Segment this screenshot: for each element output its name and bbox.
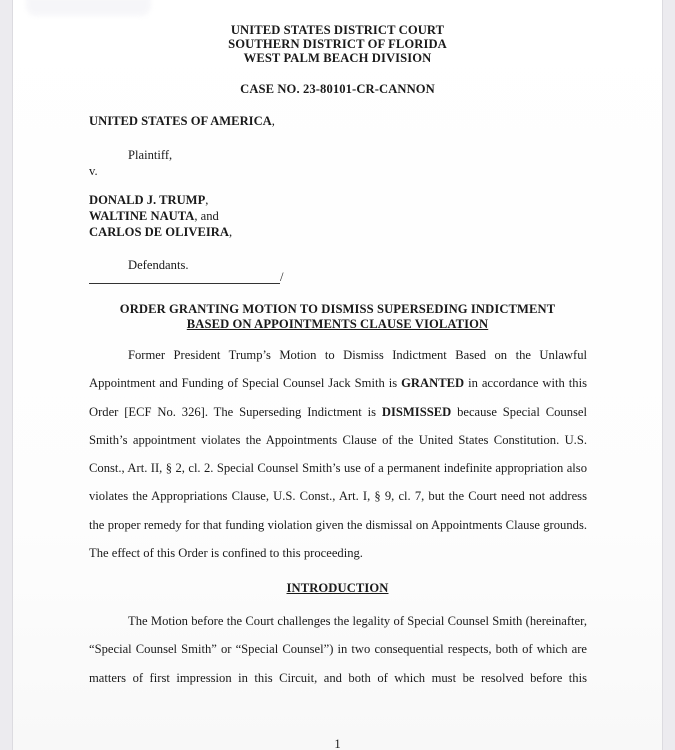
defendant-2: WALTINE NAUTA, and — [89, 209, 219, 223]
signature-line — [89, 283, 280, 284]
dismissed-emphasis: DISMISSED — [382, 405, 451, 419]
order-title: ORDER GRANTING MOTION TO DISMISS SUPERSE… — [0, 302, 675, 316]
court-name: UNITED STATES DISTRICT COURT — [0, 23, 675, 37]
introduction-paragraph: The Motion before the Court challenges t… — [89, 607, 587, 692]
paragraph-line: Const., Art. II, § 2, cl. 2. Special Cou… — [89, 454, 587, 482]
plaintiff-name: UNITED STATES OF AMERICA, — [89, 114, 275, 128]
paragraph-line: Smith’s appointment violates the Appoint… — [89, 426, 587, 454]
paragraph-line: The effect of this Order is confined to … — [89, 539, 587, 567]
paragraph-line: violates the Appropriations Clause, U.S.… — [89, 482, 587, 510]
defendant-1: DONALD J. TRUMP, — [89, 193, 208, 207]
section-heading-introduction: INTRODUCTION — [0, 581, 675, 595]
versus-label: v. — [89, 164, 98, 178]
plaintiff-label: Plaintiff, — [128, 148, 172, 162]
paragraph-line: Former President Trump’s Motion to Dismi… — [89, 341, 587, 369]
order-paragraph: Former President Trump’s Motion to Dismi… — [89, 341, 587, 567]
page-number: 1 — [0, 737, 675, 750]
paragraph-line: the proper remedy for that funding viola… — [89, 511, 587, 539]
granted-emphasis: GRANTED — [401, 376, 464, 390]
redacted-overlay — [26, 0, 151, 16]
defendants-label: Defendants. — [128, 258, 189, 272]
paragraph-line: The Motion before the Court challenges t… — [89, 607, 587, 635]
paragraph-line: Appointment and Funding of Special Couns… — [89, 369, 587, 397]
court-district: SOUTHERN DISTRICT OF FLORIDA — [0, 37, 675, 51]
paragraph-line: matters of first impression in this Circ… — [89, 664, 587, 692]
signature-slash: / — [280, 270, 284, 284]
paragraph-line: Order [ECF No. 326]. The Superseding Ind… — [89, 398, 587, 426]
court-division: WEST PALM BEACH DIVISION — [0, 51, 675, 65]
defendant-3: CARLOS DE OLIVEIRA, — [89, 225, 232, 239]
order-subtitle: BASED ON APPOINTMENTS CLAUSE VIOLATION — [0, 317, 675, 331]
paragraph-line: “Special Counsel Smith” or “Special Coun… — [89, 635, 587, 663]
case-number: CASE NO. 23-80101-CR-CANNON — [0, 82, 675, 96]
